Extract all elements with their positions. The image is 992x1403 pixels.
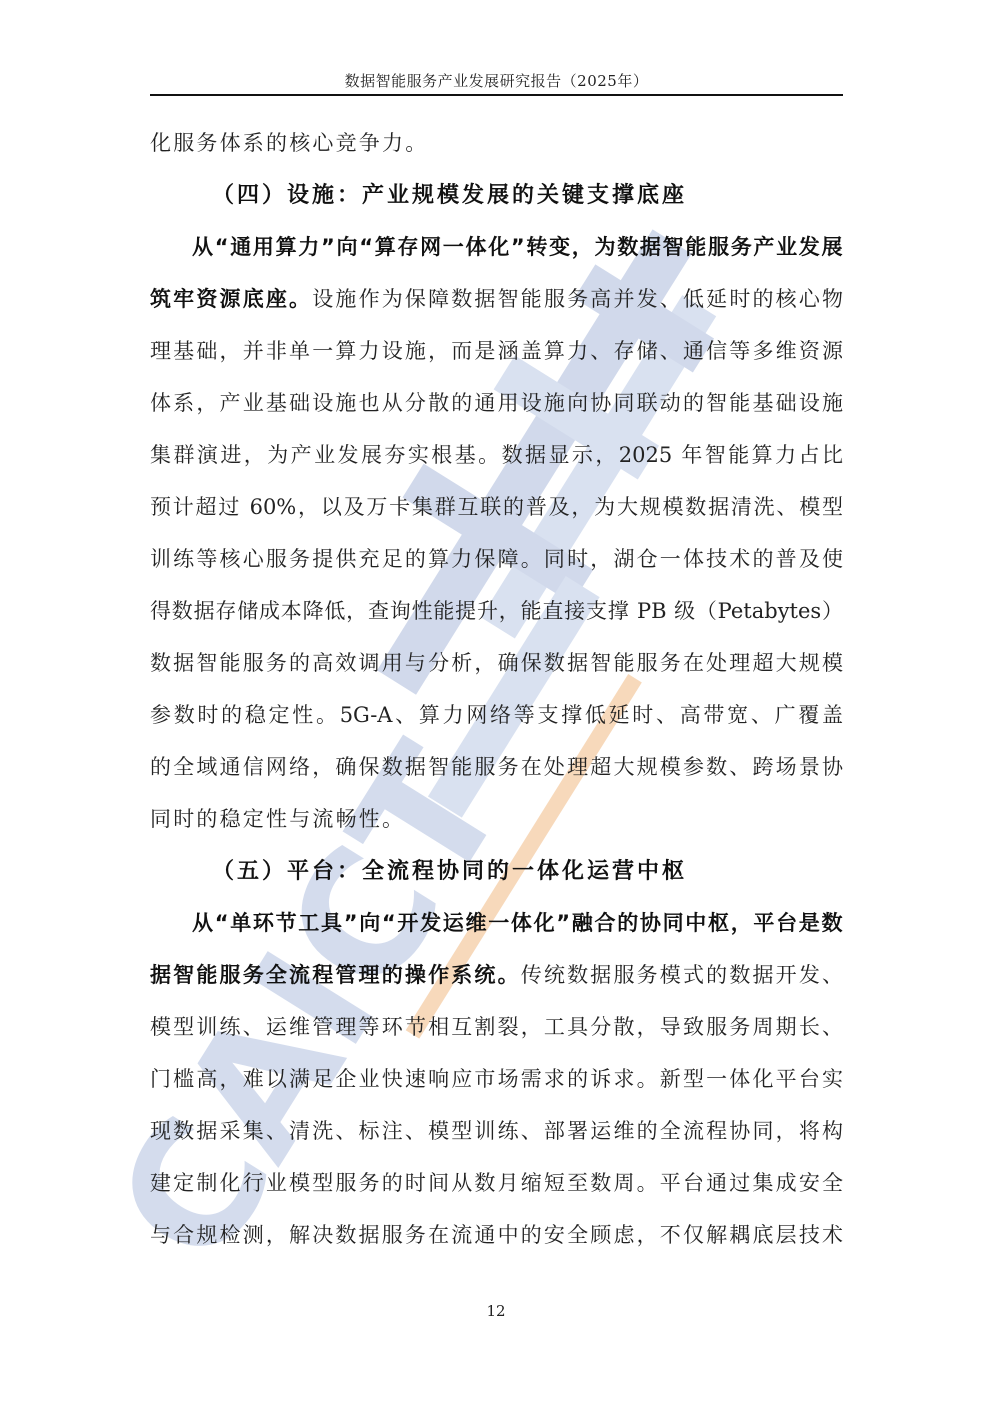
paragraph-line: 筑牢资源底座。设施作为保障数据智能服务高并发、低延时的核心物	[150, 273, 843, 325]
paragraph-line: 得数据存储成本降低，查询性能提升，能直接支撑 PB 级（Petabytes）	[150, 585, 843, 637]
paragraph-line: 训练等核心服务提供充足的算力保障。同时，湖仓一体技术的普及使	[150, 533, 843, 585]
paragraph-line: 模型训练、运维管理等环节相互割裂，工具分散，导致服务周期长、	[150, 1001, 843, 1053]
lead-sentence-end: 筑牢资源底座。	[150, 287, 312, 311]
paragraph-line: 化服务体系的核心竞争力。	[150, 117, 843, 169]
header-rule	[150, 94, 843, 96]
paragraph-line: 与合规检测，解决数据服务在流通中的安全顾虑，不仅解耦底层技术	[150, 1209, 843, 1261]
paragraph-line: 同时的稳定性与流畅性。	[150, 793, 843, 845]
paragraph-line: 体系，产业基础设施也从分散的通用设施向协同联动的智能基础设施	[150, 377, 843, 429]
paragraph-line: 参数时的稳定性。5G-A、算力网络等支撑低延时、高带宽、广覆盖	[150, 689, 843, 741]
paragraph-text: 传统数据服务模式的数据开发、	[521, 963, 843, 987]
paragraph-line: 预计超过 60%，以及万卡集群互联的普及，为大规模数据清洗、模型	[150, 481, 843, 533]
running-header: 数据智能服务产业发展研究报告（2025年）	[150, 70, 843, 91]
body-text: 化服务体系的核心竞争力。 （四）设施：产业规模发展的关键支撑底座 从“通用算力”…	[150, 117, 843, 1261]
paragraph-line: 的全域通信网络，确保数据智能服务在处理超大规模参数、跨场景协	[150, 741, 843, 793]
paragraph-line: 理基础，并非单一算力设施，而是涵盖算力、存储、通信等多维资源	[150, 325, 843, 377]
lead-sentence-end: 据智能服务全流程管理的操作系统。	[150, 963, 521, 987]
paragraph-line: 现数据采集、清洗、标注、模型训练、部署运维的全流程协同，将构	[150, 1105, 843, 1157]
lead-sentence-line: 从“单环节工具”向“开发运维一体化”融合的协同中枢，平台是数	[150, 897, 843, 949]
section-heading-5: （五）平台：全流程协同的一体化运营中枢	[150, 845, 843, 897]
paragraph-line: 门槛高，难以满足企业快速响应市场需求的诉求。新型一体化平台实	[150, 1053, 843, 1105]
paragraph-line: 数据智能服务的高效调用与分析，确保数据智能服务在处理超大规模	[150, 637, 843, 689]
paragraph-line: 据智能服务全流程管理的操作系统。传统数据服务模式的数据开发、	[150, 949, 843, 1001]
paragraph-line: 建定制化行业模型服务的时间从数月缩短至数周。平台通过集成安全	[150, 1157, 843, 1209]
lead-sentence-line: 从“通用算力”向“算存网一体化”转变，为数据智能服务产业发展	[150, 221, 843, 273]
section-heading-4: （四）设施：产业规模发展的关键支撑底座	[150, 169, 843, 221]
paragraph-text: 设施作为保障数据智能服务高并发、低延时的核心物	[312, 287, 843, 311]
document-page: 数据智能服务产业发展研究报告（2025年） CAICT 化服务体系的核心竞争力。…	[0, 0, 992, 1403]
paragraph-line: 集群演进，为产业发展夯实根基。数据显示，2025 年智能算力占比	[150, 429, 843, 481]
page-number: 12	[0, 1302, 992, 1320]
